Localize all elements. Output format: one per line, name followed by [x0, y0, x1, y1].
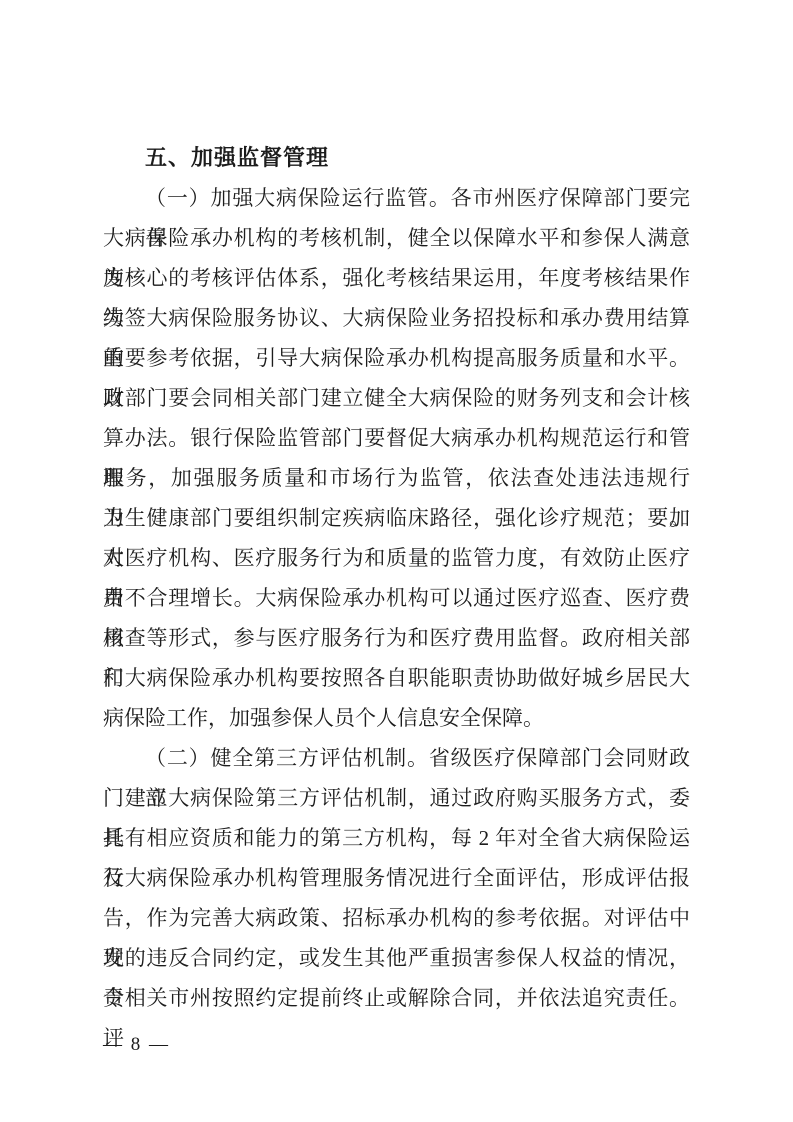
- text-line: 卫生健康部门要组织制定疾病临床路径，强化诊疗规范；要加大: [103, 498, 690, 538]
- text-line: 核查等形式，参与医疗服务行为和医疗费用监督。政府相关部门: [103, 618, 690, 658]
- text-line: 和大病保险承办机构要按照各自职能职责协助做好城乡居民大: [103, 658, 690, 698]
- text-line: 及大病保险承办机构管理服务情况进行全面评估，形成评估报: [103, 858, 690, 898]
- document-body: （一）加强大病保险运行监管。各市州医疗保障部门要完善大病保险承办机构的考核机制，…: [103, 178, 690, 1018]
- page-number: — 8 —: [103, 1030, 170, 1060]
- text-line: 具有相应资质和能力的第三方机构，每 2 年对全省大病保险运行: [103, 818, 690, 858]
- text-line: 对医疗机构、医疗服务行为和质量的监管力度，有效防止医疗费: [103, 538, 690, 578]
- text-line: 现的违反合同约定，或发生其他严重损害参保人权益的情况，责: [103, 938, 690, 978]
- text-line: 病保险工作，加强参保人员个人信息安全保障。: [103, 698, 690, 738]
- paragraph: （一）加强大病保险运行监管。各市州医疗保障部门要完善大病保险承办机构的考核机制，…: [103, 178, 690, 738]
- paragraph: （二）健全第三方评估机制。省级医疗保障部门会同财政部门建立大病保险第三方评估机制…: [103, 738, 690, 1018]
- text-line: 大病保险承办机构的考核机制，健全以保障水平和参保人满意度: [103, 218, 690, 258]
- document-page: 五、加强监督管理 （一）加强大病保险运行监管。各市州医疗保障部门要完善大病保险承…: [0, 0, 793, 1122]
- text-line: 续签大病保险服务协议、大病保险业务招投标和承办费用结算的: [103, 298, 690, 338]
- text-line: 为核心的考核评估体系，强化考核结果运用，年度考核结果作为: [103, 258, 690, 298]
- text-line: 服务，加强服务质量和市场行为监管，依法查处违法违规行为。: [103, 458, 690, 498]
- text-line: 算办法。银行保险监管部门要督促大病承办机构规范运行和管理: [103, 418, 690, 458]
- text-line: （一）加强大病保险运行监管。各市州医疗保障部门要完善: [103, 178, 690, 218]
- text-line: 门建立大病保险第三方评估机制，通过政府购买服务方式，委托: [103, 778, 690, 818]
- section-heading: 五、加强监督管理: [103, 138, 690, 178]
- text-line: 告，作为完善大病政策、招标承办机构的参考依据。对评估中发: [103, 898, 690, 938]
- text-line: 政部门要会同相关部门建立健全大病保险的财务列支和会计核: [103, 378, 690, 418]
- text-line: 令相关市州按照约定提前终止或解除合同，并依法追究责任。评: [103, 978, 690, 1018]
- text-line: （二）健全第三方评估机制。省级医疗保障部门会同财政部: [103, 738, 690, 778]
- text-line: 重要参考依据，引导大病保险承办机构提高服务质量和水平。财: [103, 338, 690, 378]
- text-line: 用不合理增长。大病保险承办机构可以通过医疗巡查、医疗费用: [103, 578, 690, 618]
- document-content: 五、加强监督管理 （一）加强大病保险运行监管。各市州医疗保障部门要完善大病保险承…: [103, 138, 690, 1018]
